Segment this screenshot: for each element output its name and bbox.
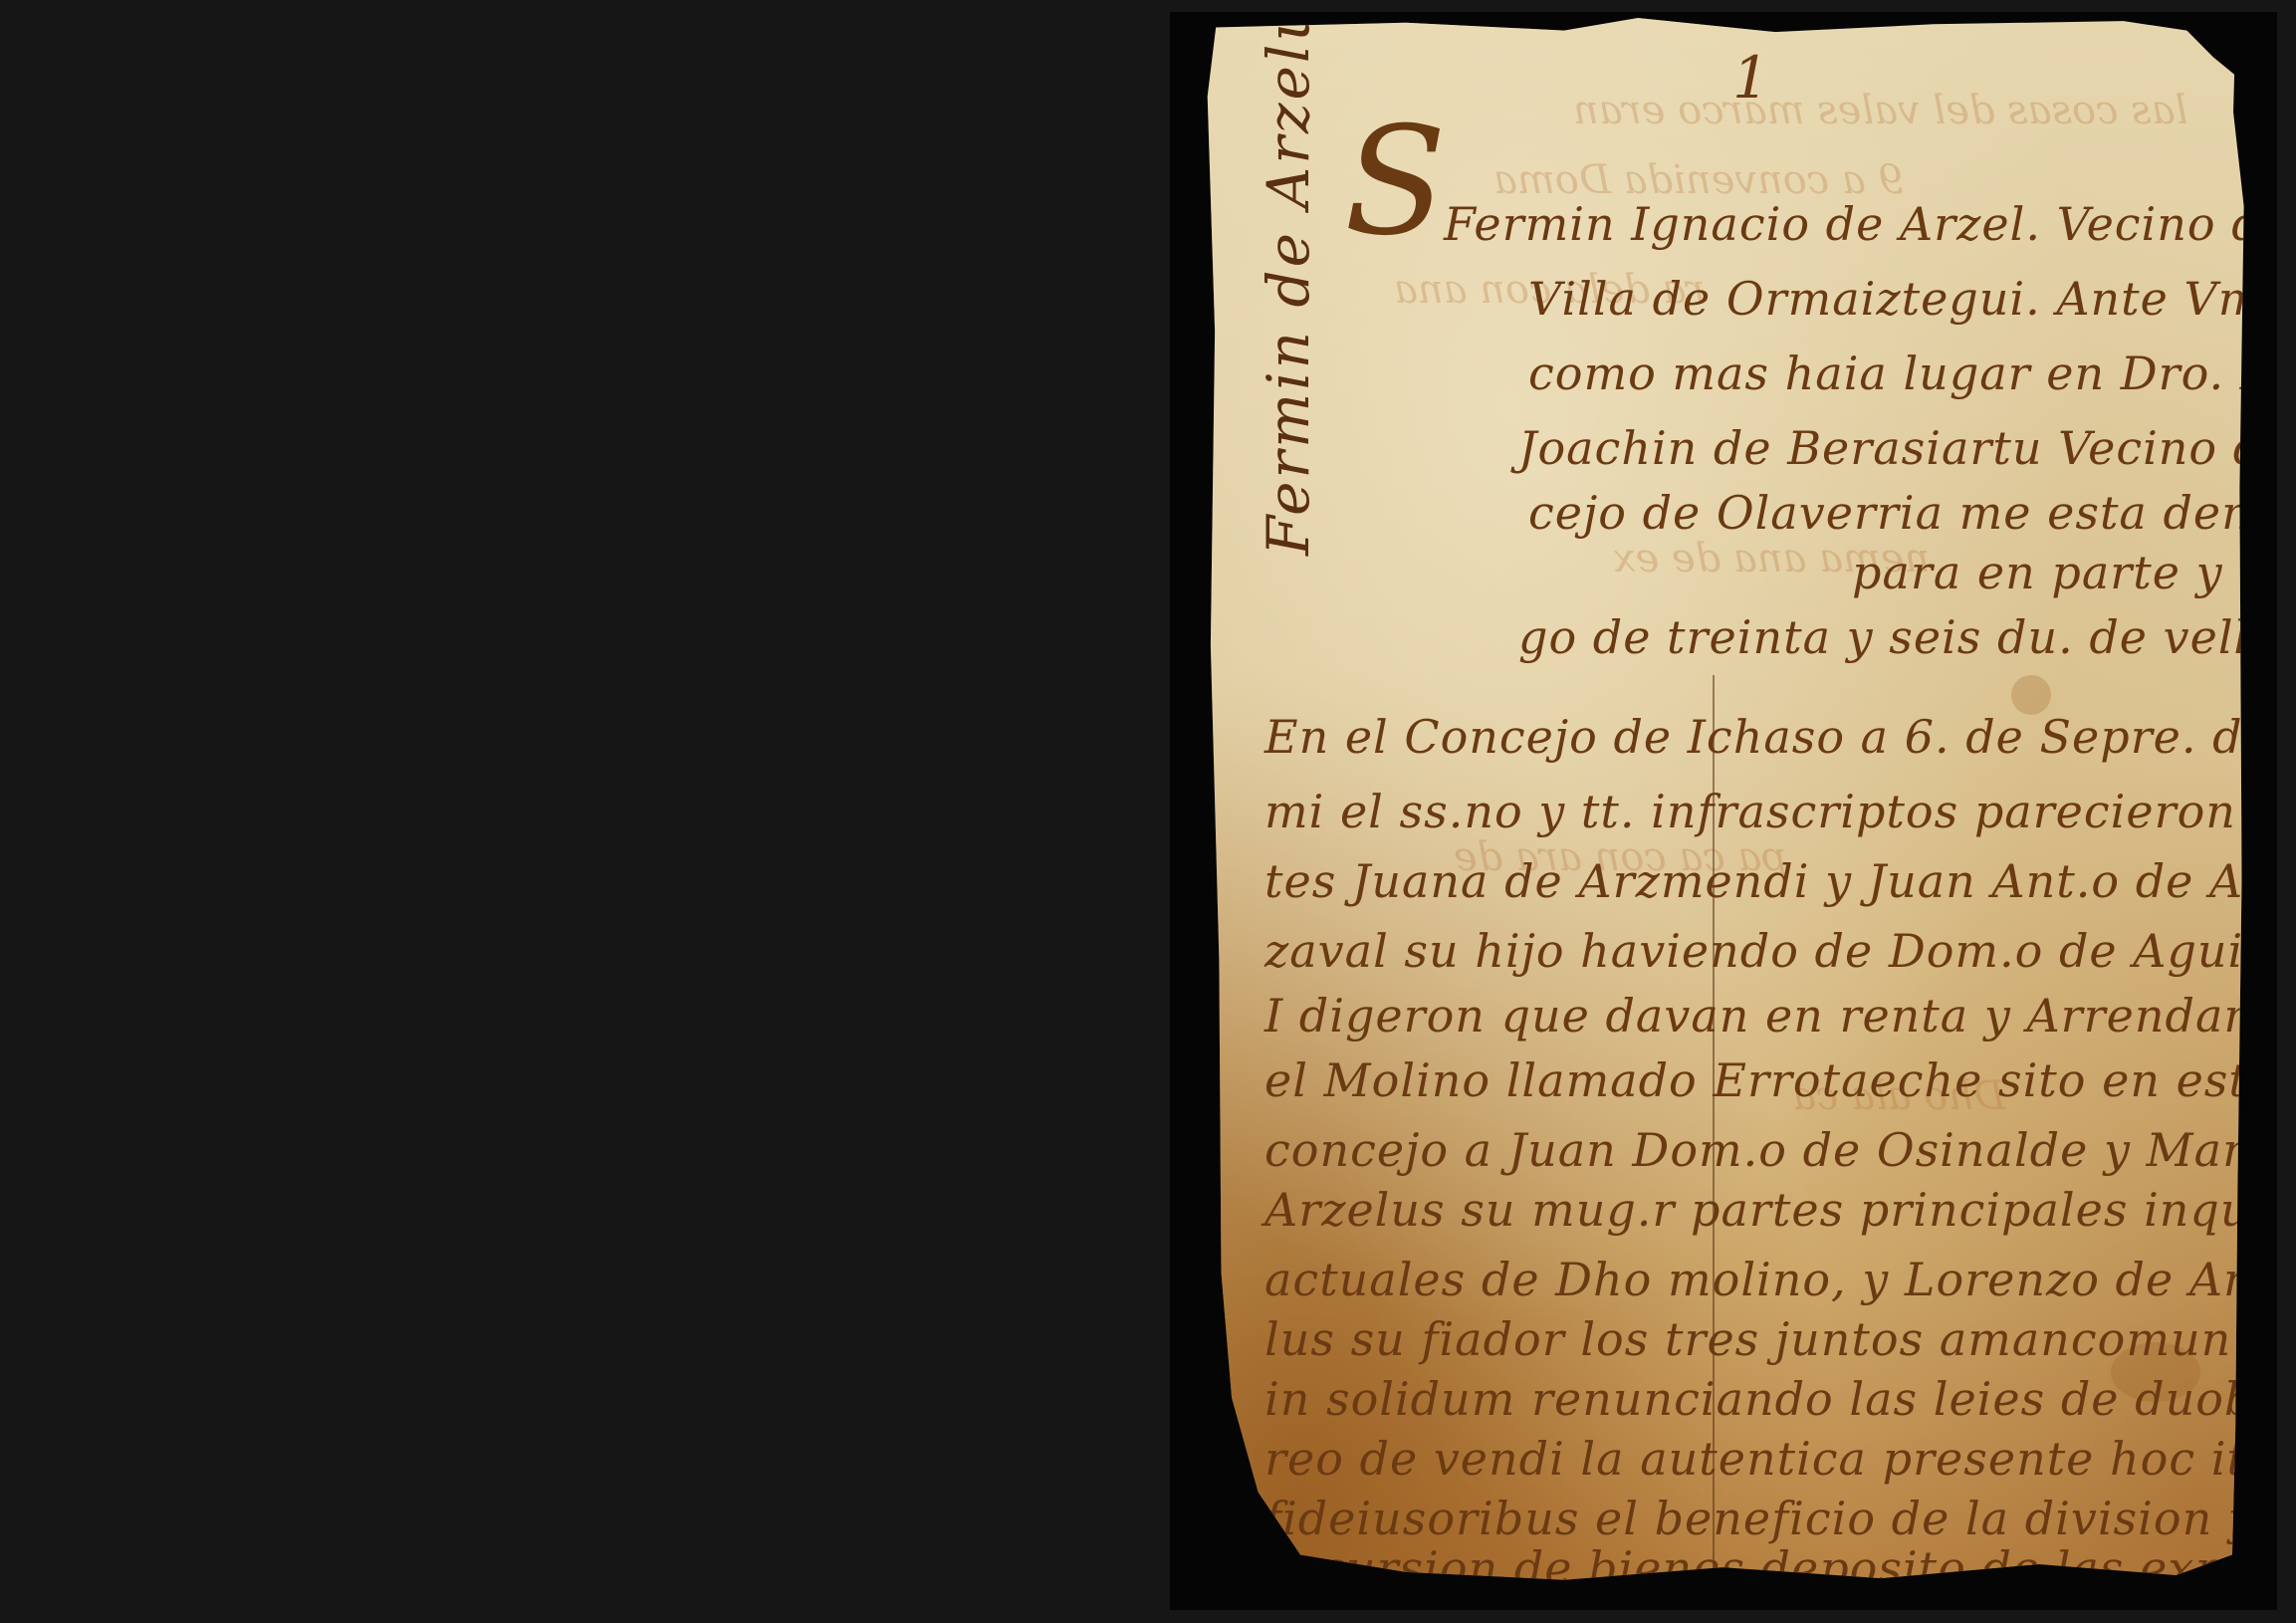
body-line: lus su fiador los tres juntos amancomun xyxy=(1264,1312,2231,1366)
body-line: zaval su hijo haviendo de Dom.o de Aguir… xyxy=(1264,924,2296,978)
body-line: in solidum renunciando las leies de duob… xyxy=(1264,1372,2296,1426)
margin-note: Fermin de Arzelus xyxy=(1255,0,1322,556)
manuscript-scan: las cosas del vales marco eran 9 a conve… xyxy=(1170,12,2277,1610)
heading-line: como mas haia lugar en Dro. I digo que xyxy=(1528,347,2296,400)
image-viewer: las cosas del vales marco eran 9 a conve… xyxy=(0,0,2296,1623)
paper-stain xyxy=(2011,675,2051,715)
body-line: concejo a Juan Dom.o de Osinalde y Maria… xyxy=(1264,1123,2296,1177)
heading-line: go de treinta y seis du. de vellon xyxy=(1518,610,2296,664)
body-line: tes Juana de Arzmendi y Juan Ant.o de Ag… xyxy=(1264,854,2296,908)
heading-line: Fermin Ignacio de Arzel. Vecino deesta xyxy=(1444,197,2296,251)
initial-capital: S xyxy=(1344,108,1447,257)
heading-line: Joachin de Berasiartu Vecino del Con- xyxy=(1518,421,2296,475)
bleed-through-text: las cosas del vales marco eran xyxy=(1573,88,2187,133)
body-line: fideiusoribus el beneficio de la divisio… xyxy=(1264,1492,2255,1545)
catchword: e xyxy=(1732,1571,1754,1612)
body-line: I digeron que davan en renta y Arrendam.… xyxy=(1264,989,2296,1043)
body-line: Arzelus su mug.r partes principales inqu… xyxy=(1264,1183,2296,1237)
body-line: actuales de Dho molino, y Lorenzo de Arz… xyxy=(1264,1253,2296,1306)
manuscript-page: las cosas del vales marco eran 9 a conve… xyxy=(1195,18,2250,1586)
body-line: mi el ss.no y tt. infrascriptos parecier… xyxy=(1264,785,2296,838)
body-line: En el Concejo de Ichaso a 6. de Sepre. d… xyxy=(1264,710,2296,764)
folio-number: 1 xyxy=(1732,44,1769,112)
body-line: excursion de bienes deposito de las expe… xyxy=(1264,1541,2296,1595)
heading-line: cejo de Olaverria me esta demandando xyxy=(1528,486,2296,540)
heading-line: Villa de Ormaiztegui. Ante Vm parezco xyxy=(1528,272,2296,326)
body-line: el Molino llamado Errotaeche sito en est… xyxy=(1264,1053,2296,1107)
heading-line: para en parte y paga- xyxy=(1852,546,2296,599)
body-line: reo de vendi la autentica presente hoc i… xyxy=(1264,1432,2296,1486)
